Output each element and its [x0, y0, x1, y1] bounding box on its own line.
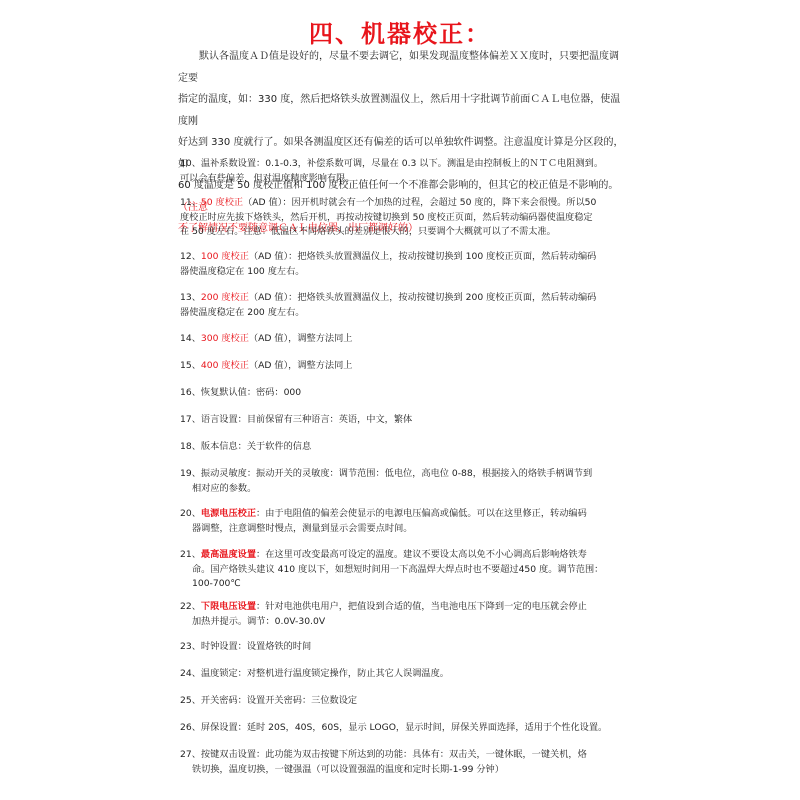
list-item-16: 16、恢复默认值：密码：000: [180, 386, 625, 401]
list-item-26: 26、屏保设置：延时 20S，40S，60S，显示 LOGO，显示时间，屏保关界…: [180, 721, 625, 736]
item-red-label: 100 度校正: [201, 251, 249, 262]
list-item-17: 17、语言设置：目前保留有三种语言：英语，中文，繁体: [180, 413, 625, 428]
item-red-label: 400 度校正: [201, 360, 249, 371]
list-item-23: 23、时钟设置：设置烙铁的时间: [180, 640, 625, 655]
list-item-10: 10、温补系数设置：0.1-0.3，补偿系数可调，尽量在 0.3 以下。测温是由…: [180, 157, 625, 186]
list-item-18: 18、版本信息：关于软件的信息: [180, 440, 625, 455]
intro-line-2: 指定的温度，如：330 度，然后把烙铁头放置测温仪上，然后用十字批调节前面ＣＡＬ…: [178, 94, 620, 127]
item-red-bold-label: 下限电压设置: [201, 601, 256, 612]
list-item-13: 13、200 度校正（AD 值）：把烙铁头放置测温仪上，按动按键切换到 200 …: [180, 291, 625, 320]
list-item-22: 22、下限电压设置：针对电池供电用户，把值设到合适的值，当电池电压下降到一定的电…: [180, 600, 625, 629]
list-item-11: 11、50 度校正（AD 值）：因开机时就会有一个加热的过程，会超过 50 度的…: [180, 196, 625, 240]
item-red-label: 200 度校正: [201, 292, 249, 303]
intro-line-1: 默认各温度ＡＤ值是设好的，尽量不要去调它，如果发现温度整体偏差ＸＸ度时，只要把温…: [178, 51, 619, 84]
list-item-25: 25、开关密码：设置开关密码：三位数设定: [180, 694, 625, 709]
item-red-bold-label: 电源电压校正: [201, 508, 256, 519]
list-item-20: 20、电源电压校正：由于电阻值的偏差会使显示的电源电压偏高或偏低。可以在这里修正…: [180, 507, 625, 536]
list-item-21: 21、最高温度设置：在这里可改变最高可设定的温度。建议不要设太高以免不小心调高后…: [180, 548, 625, 592]
document-page: 四、机器校正： 默认各温度ＡＤ值是设好的，尽量不要去调它，如果发现温度整体偏差Ｘ…: [0, 0, 800, 800]
list-item-14: 14、300 度校正（AD 值），调整方法同上: [180, 332, 625, 347]
list-item-15: 15、400 度校正（AD 值），调整方法同上: [180, 359, 625, 374]
page-title: 四、机器校正：: [0, 14, 800, 49]
list-item-19: 19、振动灵敏度：振动开关的灵敏度：调节范围：低电位，高电位 0-88，根据接入…: [180, 467, 625, 496]
item-red-bold-label: 最高温度设置: [201, 549, 256, 560]
item-red-label: 50 度校正: [201, 197, 243, 208]
list-item-24: 24、温度锁定：对整机进行温度锁定操作，防止其它人误调温度。: [180, 667, 625, 682]
list-item-12: 12、100 度校正（AD 值）：把烙铁头放置测温仪上，按动按键切换到 100 …: [180, 250, 625, 279]
item-red-label: 300 度校正: [201, 333, 249, 344]
list-item-27: 27、按键双击设置：此功能为双击按键下所达到的功能：具体有：双击关，一键休眠，一…: [180, 748, 625, 777]
